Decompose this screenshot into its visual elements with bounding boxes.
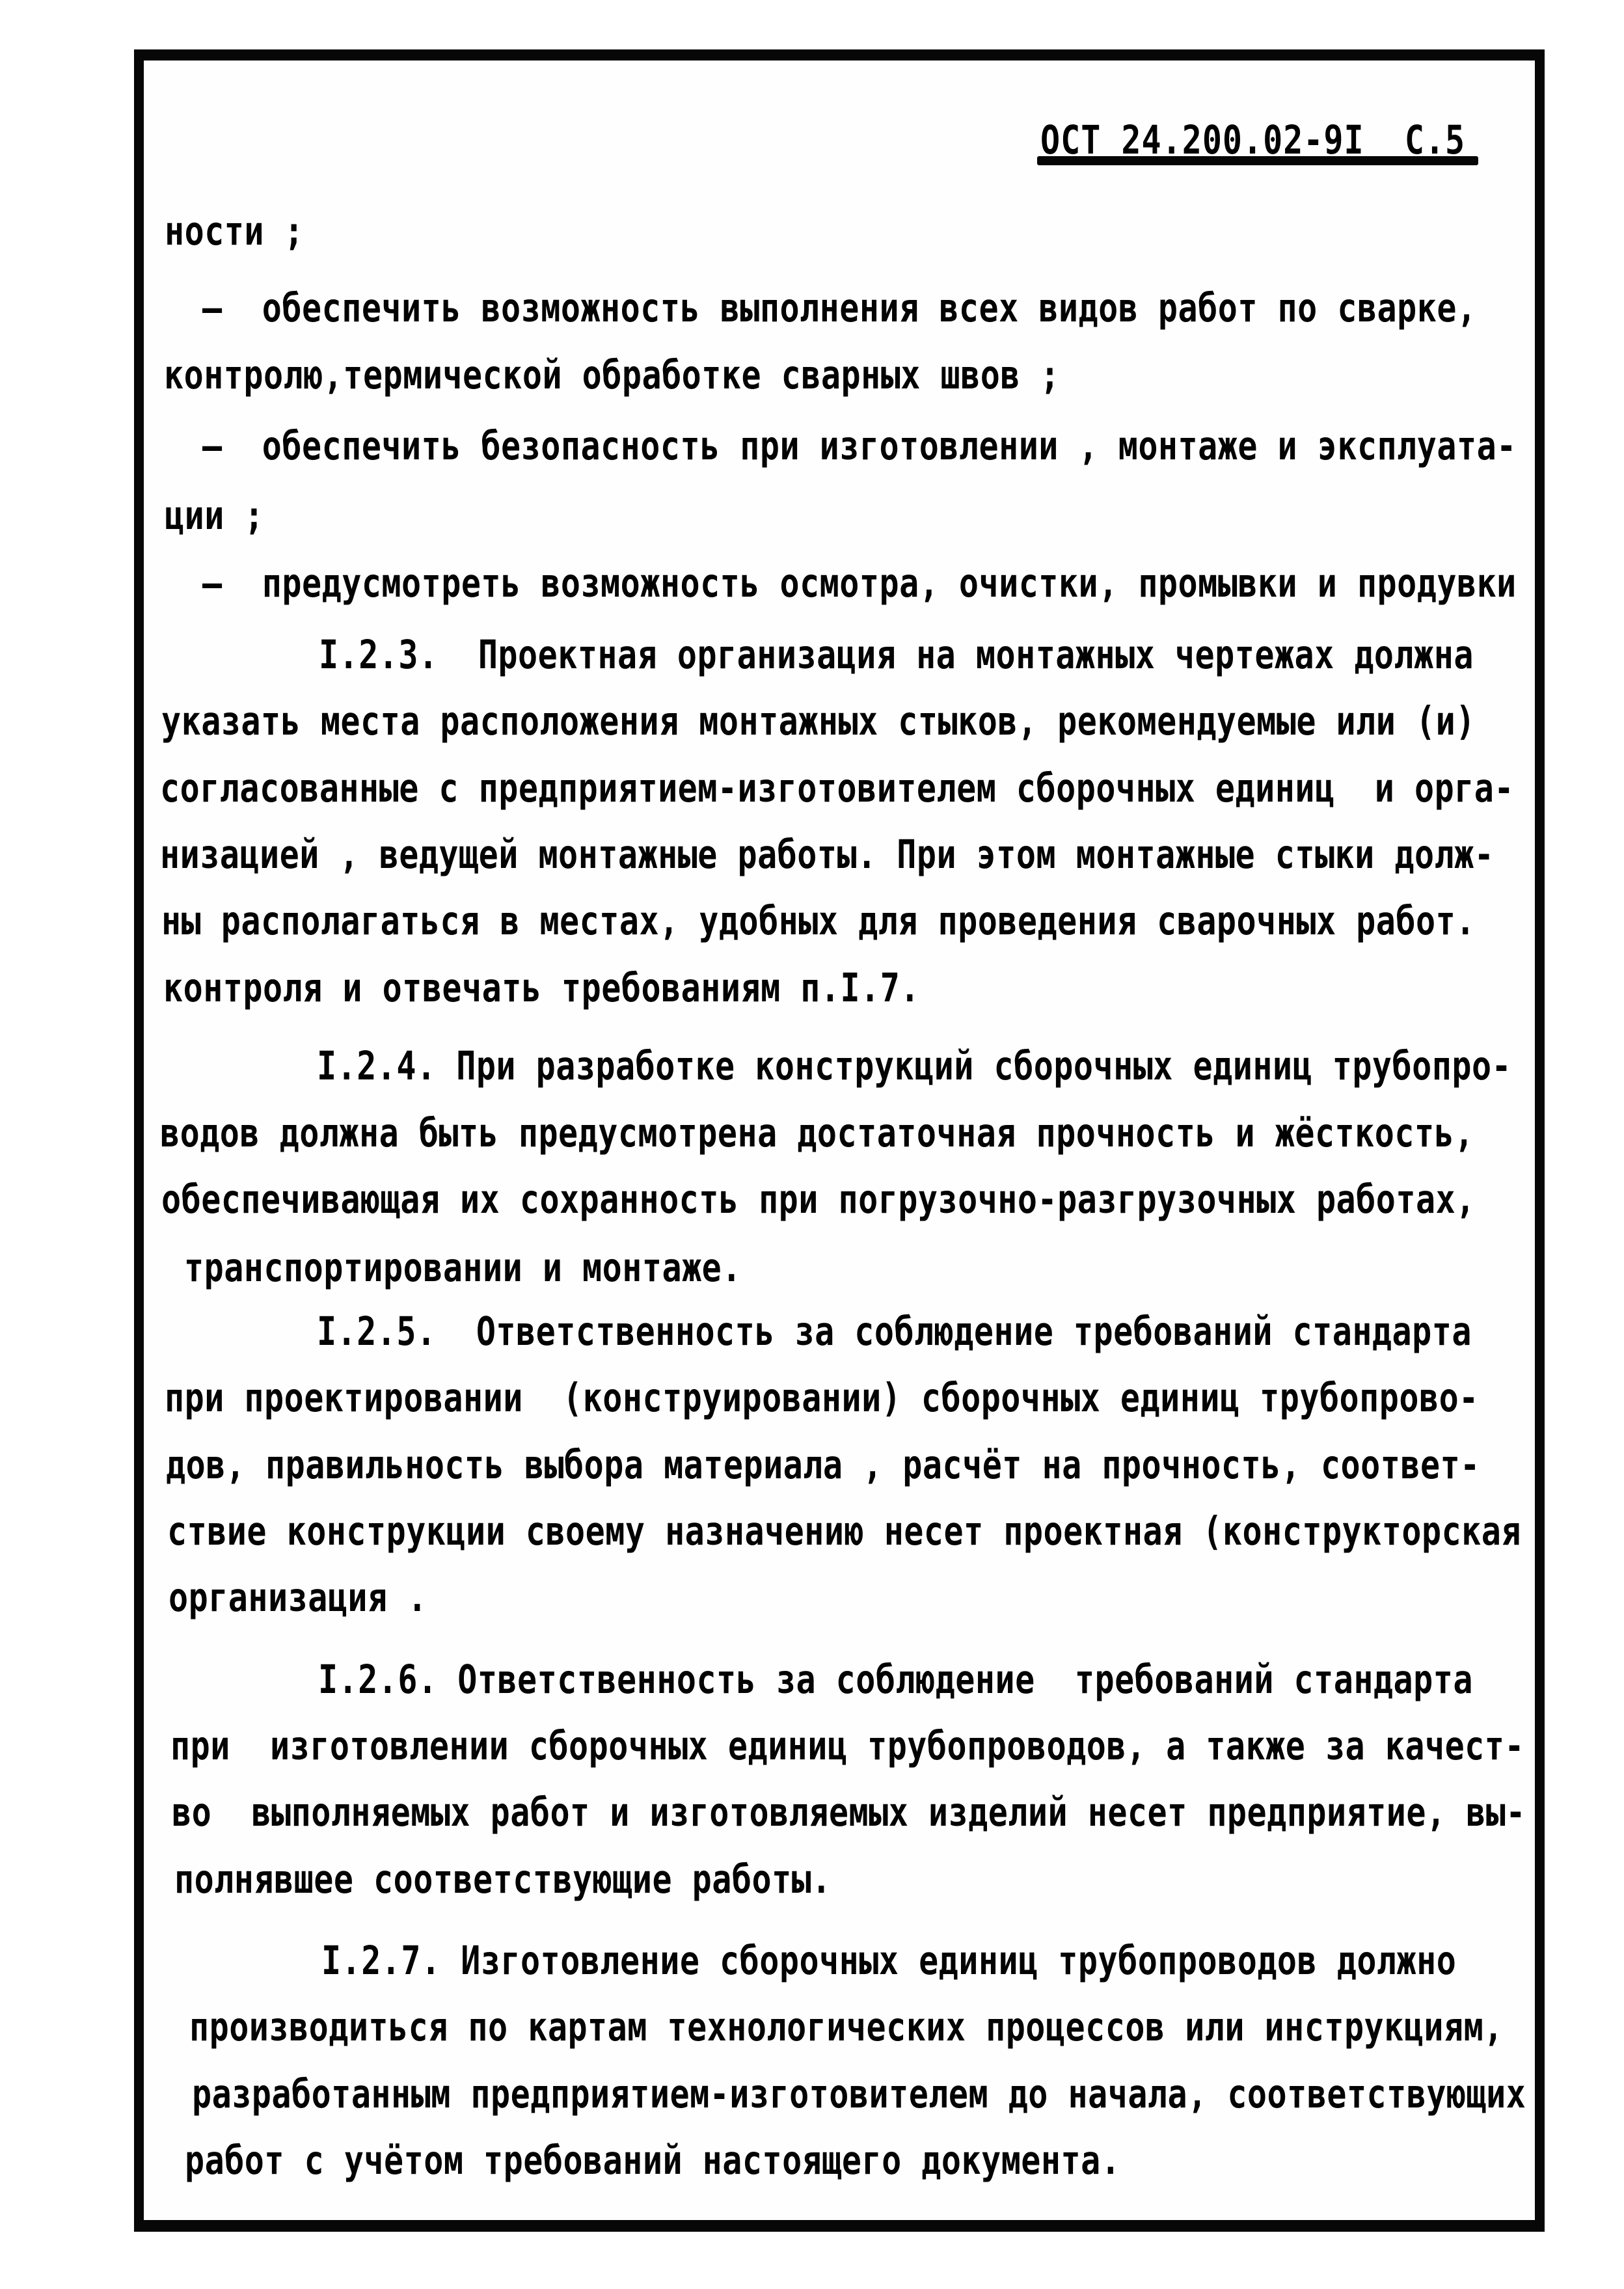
text-line: при проектировании (конструировании) сбо…	[165, 1378, 1479, 1418]
text-line-dash-item: — обеспечить возможность выполнения всех…	[202, 288, 1477, 328]
text-line: работ с учётом требований настоящего док…	[185, 2141, 1120, 2180]
text-line: производиться по картам технологических …	[189, 2007, 1504, 2047]
text-line: при изготовлении сборочных единиц трубоп…	[170, 1726, 1524, 1766]
text-line: ствие конструкции своему назначению несе…	[167, 1511, 1521, 1551]
text-line: организация .	[169, 1578, 427, 1618]
text-line: полнявшее соответствующие работы.	[174, 1860, 832, 1899]
text-line: контроля и отвечать требованиям п.I.7.	[163, 968, 920, 1008]
text-line: разработанным предприятием-изготовителем…	[192, 2074, 1526, 2114]
header-underline	[1037, 156, 1478, 165]
text-line: водов должна быть предусмотрена достаточ…	[160, 1113, 1474, 1153]
text-line-dash-item: — предусмотреть возможность осмотра, очи…	[202, 563, 1517, 603]
text-line: дов, правильность выбора материала , рас…	[166, 1445, 1480, 1485]
text-line: обеспечивающая их сохранность при погруз…	[161, 1180, 1476, 1219]
text-line: ности ;	[165, 211, 304, 251]
text-line: контролю,термической обработке сварных ш…	[164, 355, 1060, 395]
text-line: ции ;	[165, 496, 264, 535]
text-line-clause-1-2-3: I.2.3. Проектная организация на монтажны…	[319, 635, 1474, 675]
text-line-clause-1-2-6: I.2.6. Ответственность за соблюдение тре…	[318, 1660, 1473, 1700]
text-line-clause-1-2-4: I.2.4. При разработке конструкций сбороч…	[317, 1046, 1511, 1086]
text-line: низацией , ведущей монтажные работы. При…	[160, 835, 1494, 874]
text-line: указать места расположения монтажных сты…	[161, 701, 1476, 741]
text-line: ны располагаться в местах, удобных для п…	[161, 901, 1476, 941]
text-line: во выполняемых работ и изготовляемых изд…	[172, 1793, 1526, 1832]
text-line-clause-1-2-7: I.2.7. Изготовление сборочных единиц тру…	[321, 1941, 1456, 1981]
text-line-clause-1-2-5: I.2.5. Ответственность за соблюдение тре…	[317, 1312, 1472, 1351]
text-line-dash-item: — обеспечить безопасность при изготовлен…	[202, 426, 1517, 466]
text-line: транспортировании и монтаже.	[184, 1248, 742, 1288]
text-line: согласованные с предприятием-изготовител…	[160, 768, 1514, 808]
